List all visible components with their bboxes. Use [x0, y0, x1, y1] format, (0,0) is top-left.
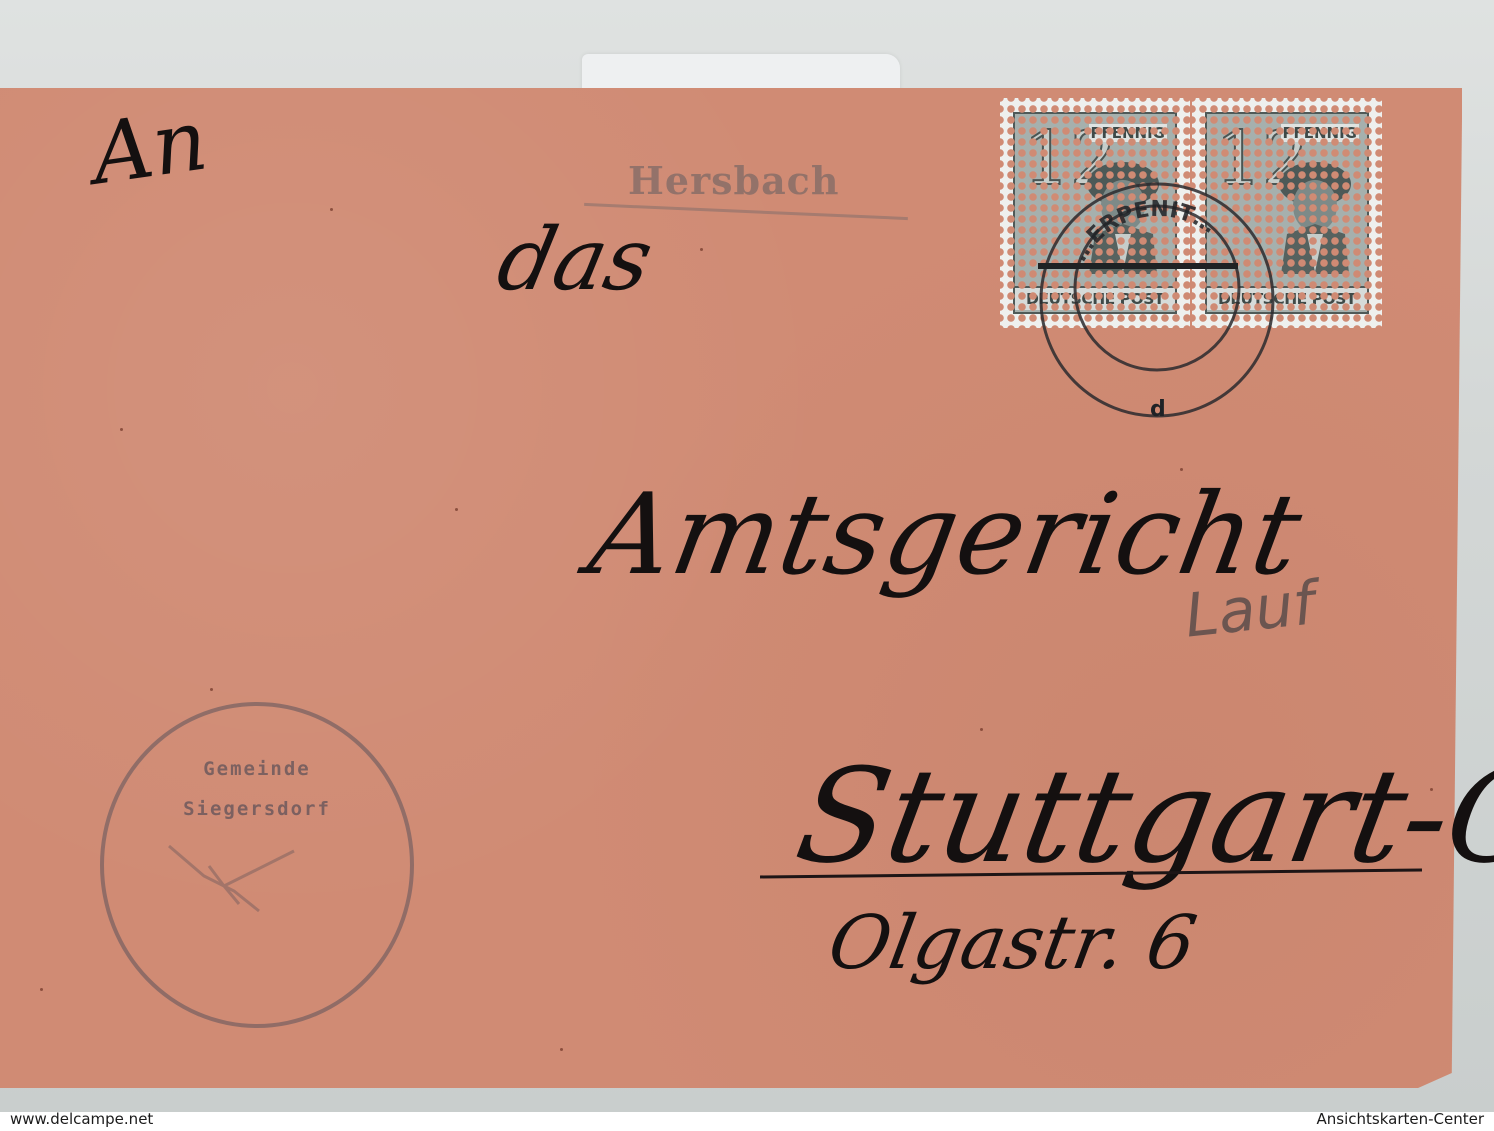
- sender-rubber-stamp: Hersbach: [628, 158, 839, 203]
- worker-portrait-icon: [1267, 154, 1357, 274]
- seal-line-1: Gemeinde: [104, 758, 410, 780]
- watermark-left: www.delcampe.net: [10, 1110, 153, 1128]
- salutation-handwriting: An: [86, 90, 213, 203]
- pencil-note: Lauf: [1182, 568, 1318, 651]
- stamp-denomination: PFENNIG: [1089, 124, 1168, 142]
- street-handwriting: Olgastr. 6: [822, 900, 1202, 986]
- eagle-emblem-icon: [164, 836, 314, 916]
- municipal-seal: Gemeinde Siegersdorf: [100, 702, 414, 1028]
- watermark-right: Ansichtskarten-Center: [1317, 1110, 1485, 1128]
- sender-stamp-text: Hersbach: [628, 158, 839, 203]
- stamp-country: DEUTSCHE POST: [1015, 286, 1175, 310]
- postage-stamp: 12 PFENNIG DEUTSCHE POST: [1000, 98, 1190, 328]
- stamp-country: DEUTSCHE POST: [1207, 286, 1367, 310]
- worker-portrait-icon: [1075, 154, 1165, 274]
- stamp-denomination: PFENNIG: [1281, 124, 1360, 142]
- seal-line-2: Siegersdorf: [104, 798, 410, 820]
- stamp-pair: 12 PFENNIG DEUTSCHE POST 12 PFENNIG DEUT…: [1000, 98, 1382, 328]
- postage-stamp: 12 PFENNIG DEUTSCHE POST: [1192, 98, 1382, 328]
- article-handwriting: das: [489, 210, 661, 310]
